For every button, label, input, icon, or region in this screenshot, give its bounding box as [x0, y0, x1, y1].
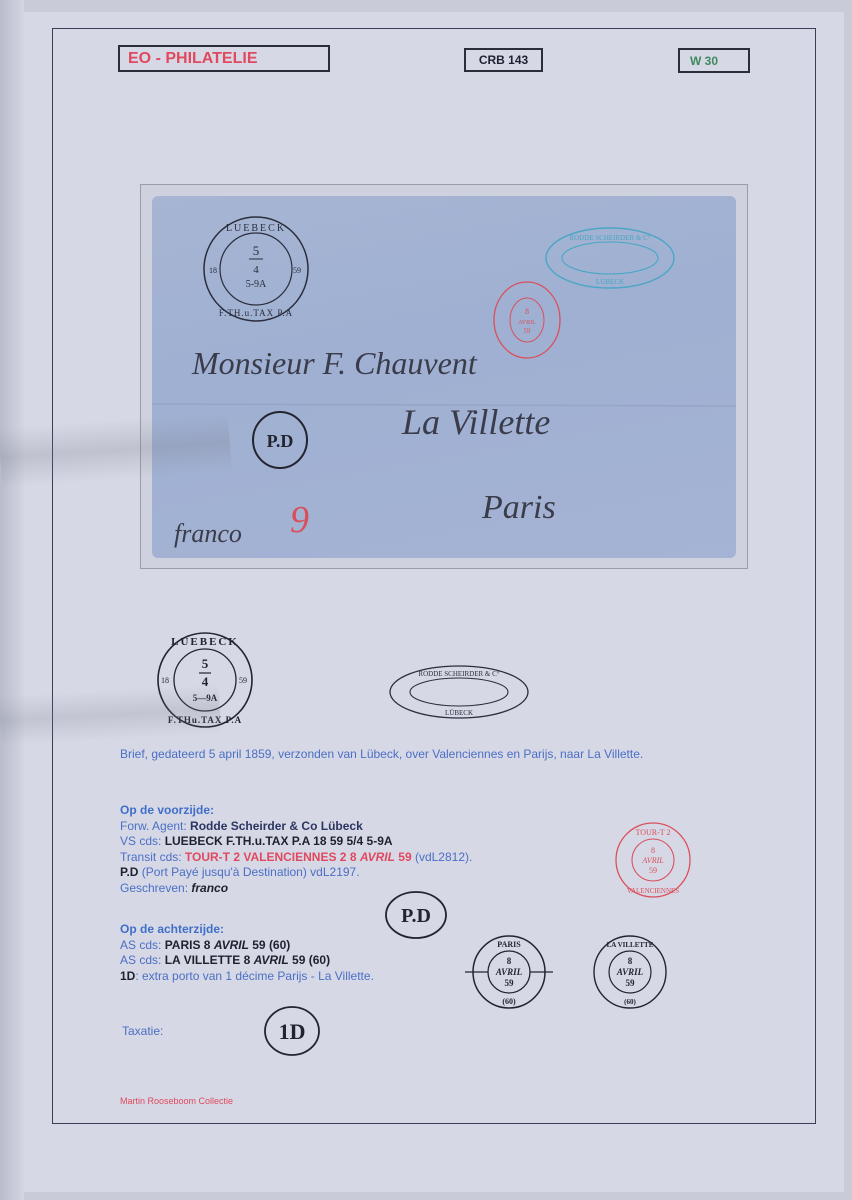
text-fragment: 1D — [120, 969, 135, 983]
text-fragment: 5 — [202, 656, 209, 671]
back-details: Op de achterzijde: AS cds: PARIS 8 AVRIL… — [120, 922, 374, 984]
text-fragment: Transit cds: — [120, 850, 185, 864]
text-fragment: 5—9A — [193, 693, 218, 703]
luebeck-postmark: 5 4 5-9A 18 59 LUEBECK F.TH.u.TAX P.A — [204, 217, 308, 321]
front-heading: Op de voorzijde: — [120, 803, 472, 819]
text-fragment: 8 — [525, 307, 529, 316]
text-fragment: (60) — [624, 998, 636, 1006]
text-fragment: Monsieur F. Chauvent — [191, 345, 478, 381]
text-fragment: LA VILLETTE 8 — [165, 953, 254, 967]
text-fragment: 59 — [293, 266, 301, 275]
text-fragment: LÜBECK — [445, 709, 473, 717]
text-fragment: LÜBECK — [596, 278, 624, 286]
text-fragment: 59 (60) — [249, 938, 290, 952]
text-fragment: F.TH.u.TAX P.A — [219, 308, 293, 318]
sheet-code-box: W 30 — [678, 48, 750, 73]
front-agent-line: Forw. Agent: Rodde Scheirder & Co Lübeck — [120, 819, 472, 835]
text-fragment: LUEBECK — [171, 636, 239, 648]
cover-letter-image: 5 4 5-9A 18 59 LUEBECK F.TH.u.TAX P.A RO… — [152, 196, 736, 558]
text-fragment: AVRIL — [616, 967, 644, 977]
agent-oval-cachet: RODDE SCHEIRDER & C° LÜBECK — [546, 228, 674, 288]
front-details: Op de voorzijde: Forw. Agent: Rodde Sche… — [120, 803, 472, 896]
text-fragment: La Villette — [401, 402, 550, 442]
text-fragment: 9 — [290, 499, 309, 541]
text-fragment: Rodde Scheirder & Co Lübeck — [190, 819, 363, 833]
villette-postmark-illustration: 8 AVRIL 59 LA VILLETTE (60) — [585, 934, 675, 1010]
text-fragment: P.D — [401, 905, 431, 927]
catalog-ref-box: CRB 143 — [464, 48, 543, 72]
text-fragment: PARIS 8 — [165, 938, 214, 952]
text-fragment: AVRIL — [214, 938, 249, 952]
text-fragment: (vdL2812). — [412, 850, 473, 864]
sleeve-edge — [0, 0, 24, 1200]
text-fragment: VS cds: — [120, 834, 165, 848]
letter-description: Brief, gedateerd 5 april 1859, verzonden… — [120, 747, 643, 761]
text-fragment: 1D — [279, 1019, 306, 1044]
transit-postmark-illustration: 8 AVRIL 59 TOUR-T 2 VALENCIENNES — [608, 820, 698, 900]
text-fragment: AS cds: — [120, 938, 165, 952]
text-fragment: PARIS — [497, 940, 521, 949]
tax-1d-cachet: 1D — [262, 1004, 322, 1058]
text-fragment: 59 — [505, 978, 515, 988]
address-script: Monsieur F. Chauvent La Villette Paris f… — [174, 345, 556, 548]
collection-credit: Martin Rooseboom Collectie — [120, 1096, 233, 1106]
catalog-ref: CRB 143 — [479, 53, 528, 67]
text-fragment: AVRIL — [495, 967, 523, 977]
back-tax-line: 1D: extra porto van 1 décime Parijs - La… — [120, 969, 374, 985]
text-fragment: LUEBECK — [226, 223, 286, 234]
text-fragment: 59 — [239, 676, 247, 685]
taxatie-label: Taxatie: — [122, 1024, 163, 1038]
text-fragment: TOUR-T 2 — [635, 828, 670, 837]
text-fragment: (Port Payé jusqu'à Destination) vdL2197. — [138, 865, 359, 879]
transit-red-postmark: 8 AVRIL 59 — [494, 282, 560, 358]
text-fragment: 4 — [253, 264, 259, 276]
text-fragment: AVRIL — [518, 320, 536, 326]
back-as2-line: AS cds: LA VILLETTE 8 AVRIL 59 (60) — [120, 953, 374, 969]
text-fragment: P.D — [120, 865, 138, 879]
text-fragment: 18 — [209, 266, 217, 275]
sheet-code: W 30 — [690, 54, 718, 68]
paris-postmark-illustration: 8 AVRIL 59 PARIS (60) — [464, 934, 554, 1010]
text-fragment: 8 — [628, 956, 633, 966]
agent-oval-illustration: RODDE SCHEIRDER & C° LÜBECK — [388, 664, 530, 720]
text-fragment: RODDE SCHEIRDER & C° — [569, 234, 650, 242]
text-fragment: TOUR-T 2 VALENCIENNES 2 8 — [185, 850, 360, 864]
text-fragment: franco — [174, 519, 242, 548]
text-fragment: LA VILLETTE — [607, 941, 654, 949]
back-as1-line: AS cds: PARIS 8 AVRIL 59 (60) — [120, 938, 374, 954]
text-fragment: AVRIL — [641, 856, 664, 865]
text-fragment: Paris — [481, 489, 556, 526]
text-fragment: Forw. Agent: — [120, 819, 190, 833]
text-fragment: franco — [191, 881, 228, 895]
text-fragment: 59 — [626, 978, 636, 988]
exhibit-title-box: EO - PHILATELIE — [118, 45, 330, 72]
text-fragment: 18 — [161, 676, 169, 685]
text-fragment: (60) — [502, 997, 516, 1006]
text-fragment: LUEBECK F.TH.u.TAX P.A 18 59 5/4 5-9A — [165, 834, 393, 848]
front-vs-line: VS cds: LUEBECK F.TH.u.TAX P.A 18 59 5/4… — [120, 834, 472, 850]
text-fragment: 59 — [395, 850, 412, 864]
text-fragment: VALENCIENNES — [627, 887, 679, 895]
front-transit-line: Transit cds: TOUR-T 2 VALENCIENNES 2 8 A… — [120, 850, 472, 866]
text-fragment: 4 — [202, 674, 209, 689]
text-fragment: AS cds: — [120, 953, 165, 967]
text-fragment: AVRIL — [254, 953, 289, 967]
text-fragment: F.THu.TAX P.A — [168, 715, 242, 725]
pd-cachet: P.D — [253, 412, 307, 468]
luebeck-postmark-illustration: 5 4 5—9A 18 59 LUEBECK F.THu.TAX P.A — [146, 630, 264, 730]
text-fragment: 5-9A — [246, 279, 267, 290]
exhibit-title: EO - PHILATELIE — [128, 50, 257, 68]
text-fragment: 59 — [524, 327, 532, 335]
text-fragment: : extra porto van 1 décime Parijs - La V… — [135, 969, 374, 983]
text-fragment: 59 — [649, 866, 657, 875]
text-fragment: 59 (60) — [289, 953, 330, 967]
pd-cachet-illustration: P.D — [384, 890, 448, 940]
text-fragment: 8 — [507, 956, 512, 966]
text-fragment: Geschreven: — [120, 881, 191, 895]
text-fragment: RODDE SCHEIRDER & C° — [418, 670, 499, 678]
front-pd-line: P.D (Port Payé jusqu'à Destination) vdL2… — [120, 865, 472, 881]
text-fragment: AVRIL — [360, 850, 395, 864]
text-fragment: 5 — [253, 243, 260, 258]
text-fragment: 8 — [651, 846, 655, 855]
text-fragment: P.D — [267, 431, 294, 451]
back-heading: Op de achterzijde: — [120, 922, 374, 938]
cover-artwork: 5 4 5-9A 18 59 LUEBECK F.TH.u.TAX P.A RO… — [152, 196, 736, 558]
